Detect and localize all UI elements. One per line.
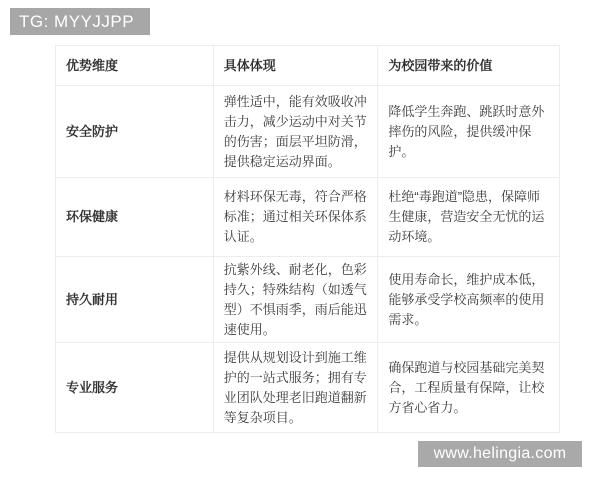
row-dimension: 专业服务 <box>56 343 214 433</box>
table-row: 环保健康 材料环保无毒，符合严格标准；通过相关环保体系认证。 杜绝“毒跑道”隐患… <box>56 178 560 257</box>
column-header-dimension: 优势维度 <box>56 46 214 86</box>
row-value: 使用寿命长，维护成本低，能够承受学校高频率的使用需求。 <box>378 257 560 343</box>
row-detail: 材料环保无毒，符合严格标准；通过相关环保体系认证。 <box>214 178 379 257</box>
row-dimension: 环保健康 <box>56 178 214 257</box>
row-detail: 弹性适中，能有效吸收冲击力，减少运动中对关节的伤害；面层平坦防滑，提供稳定运动界… <box>214 86 379 178</box>
table-header-row: 优势维度 具体体现 为校园带来的价值 <box>56 46 560 86</box>
watermark-url: www.helingia.com <box>418 441 582 467</box>
row-detail: 提供从规划设计到施工维护的一站式服务；拥有专业团队处理老旧跑道翻新等复杂项目。 <box>214 343 379 433</box>
row-detail: 抗紫外线、耐老化，色彩持久；特殊结构（如透气型）不惧雨季，雨后能迅速使用。 <box>214 257 379 343</box>
row-dimension: 持久耐用 <box>56 257 214 343</box>
row-value: 降低学生奔跑、跳跃时意外摔伤的风险，提供缓冲保护。 <box>378 86 560 178</box>
table-row: 持久耐用 抗紫外线、耐老化，色彩持久；特殊结构（如透气型）不惧雨季，雨后能迅速使… <box>56 257 560 343</box>
table-row: 安全防护 弹性适中，能有效吸收冲击力，减少运动中对关节的伤害；面层平坦防滑，提供… <box>56 86 560 178</box>
column-header-value: 为校园带来的价值 <box>378 46 560 86</box>
row-dimension: 安全防护 <box>56 86 214 178</box>
row-value: 确保跑道与校园基础完美契合，工程质量有保障，让校方省心省力。 <box>378 343 560 433</box>
row-value: 杜绝“毒跑道”隐患，保障师生健康，营造安全无忧的运动环境。 <box>378 178 560 257</box>
page: TG: MYYJJPP 优势维度 具体体现 为校园带来的价值 安全防护 弹性适中… <box>0 0 600 480</box>
advantages-table: 优势维度 具体体现 为校园带来的价值 安全防护 弹性适中，能有效吸收冲击力，减少… <box>55 45 560 433</box>
telegram-contact-badge: TG: MYYJJPP <box>10 8 150 35</box>
column-header-detail: 具体体现 <box>214 46 379 86</box>
table-row: 专业服务 提供从规划设计到施工维护的一站式服务；拥有专业团队处理老旧跑道翻新等复… <box>56 343 560 433</box>
